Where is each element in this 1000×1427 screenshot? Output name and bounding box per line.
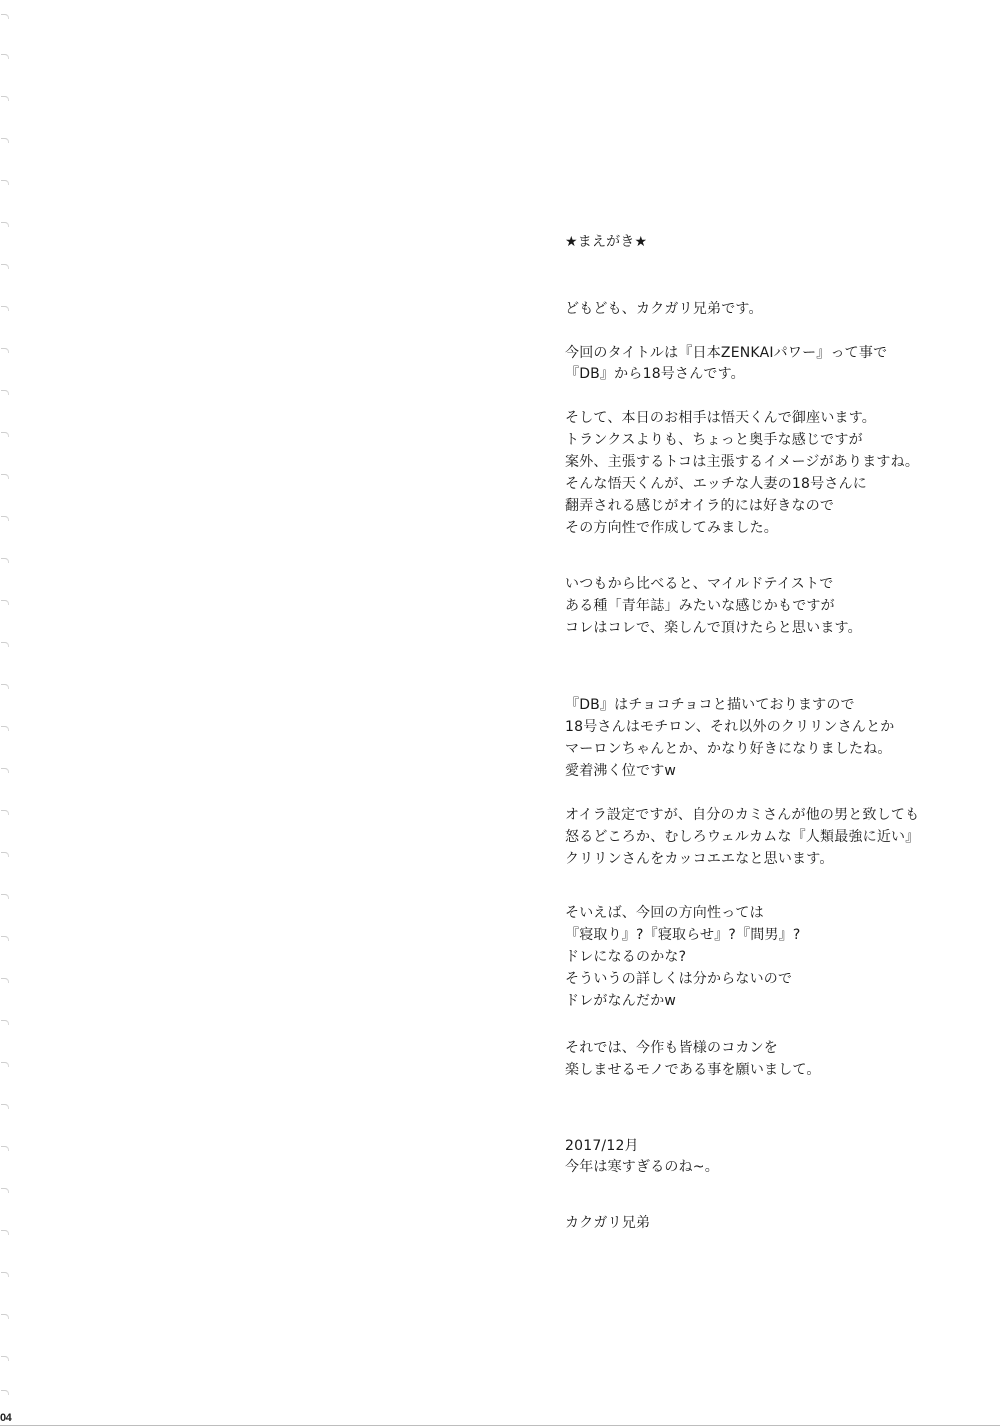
binding-mark [1, 54, 9, 59]
binding-mark [1, 894, 9, 899]
binding-mark [1, 1314, 9, 1319]
text-line: 翻弄される感じがオイラ的には好きなので [565, 496, 834, 516]
binding-mark [1, 264, 9, 269]
text-line: 18号さんはモチロン、それ以外のクリリンさんとか [565, 717, 895, 737]
binding-mark [1, 1390, 9, 1395]
binding-mark [1, 390, 9, 395]
text-line: それでは、今作も皆様のコカンを [565, 1038, 778, 1058]
binding-mark [1, 222, 9, 227]
binding-mark [1, 1020, 9, 1025]
text-line: そいえば、今回の方向性っては [565, 903, 764, 923]
text-line: 『寝取り』?『寝取らせ』?『間男』? [565, 925, 800, 945]
text-line: 今回のタイトルは『日本ZENKAIパワー』って事で [565, 343, 887, 363]
author-signature: カクガリ兄弟 [565, 1213, 650, 1233]
binding-mark [1, 768, 9, 773]
binding-mark [1, 432, 9, 437]
binding-mark [1, 1230, 9, 1235]
text-line: そして、本日のお相手は悟天くんで御座います。 [565, 408, 876, 428]
binding-mark [1, 1146, 9, 1151]
binding-mark [1, 348, 9, 353]
binding-mark [1, 558, 9, 563]
date-line: 2017/12月 [565, 1136, 639, 1156]
page-number: 04 [0, 1412, 11, 1424]
text-line: ある種「青年誌」みたいな感じかもですが [565, 596, 835, 616]
binding-mark [1, 474, 9, 479]
binding-mark [1, 180, 9, 185]
text-line: 愛着沸く位ですw [565, 761, 676, 781]
text-line: そういうの詳しくは分からないので [565, 969, 792, 989]
text-line: ドレになるのかな? [565, 947, 686, 967]
bottom-rule [0, 1425, 1000, 1426]
text-line: ドレがなんだかw [565, 991, 676, 1011]
binding-mark [1, 306, 9, 311]
text-line: 今年は寒すぎるのね~。 [565, 1157, 719, 1177]
text-line: 楽しませるモノである事を願いまして。 [565, 1060, 821, 1080]
binding-mark [1, 1062, 9, 1067]
afterword-heading: ★まえがき★ [565, 232, 647, 252]
text-line: そんな悟天くんが、エッチな人妻の18号さんに [565, 474, 867, 494]
text-line: 『DB』はチョコチョコと描いておりますので [565, 695, 855, 715]
text-line: どもども、カクガリ兄弟です。 [565, 299, 763, 319]
binding-mark [1, 684, 9, 689]
binding-mark [1, 1356, 9, 1361]
binding-mark [1, 600, 9, 605]
binding-marks [0, 0, 14, 1400]
binding-mark [1, 1104, 9, 1109]
text-line: トランクスよりも、ちょっと奥手な感じですが [565, 430, 863, 450]
text-line: その方向性で作成してみました。 [565, 518, 778, 538]
binding-mark [1, 138, 9, 143]
binding-mark [1, 810, 9, 815]
binding-mark [1, 96, 9, 101]
binding-mark [1, 1272, 9, 1277]
binding-mark [1, 978, 9, 983]
text-line: 怒るどころか、むしろウェルカムな『人類最強に近い』 [565, 827, 919, 847]
binding-mark [1, 516, 9, 521]
text-line: オイラ設定ですが、自分のカミさんが他の男と致しても [565, 805, 919, 825]
document-page: ★まえがき★ どもども、カクガリ兄弟です。 今回のタイトルは『日本ZENKAIパ… [0, 0, 1000, 1427]
text-line: いつもから比べると、マイルドテイストで [565, 574, 833, 594]
text-line: 案外、主張するトコは主張するイメージがありますね。 [565, 452, 919, 472]
binding-mark [1, 1188, 9, 1193]
text-line: マーロンちゃんとか、かなり好きになりましたね。 [565, 739, 892, 759]
text-line: 『DB』から18号さんです。 [565, 364, 745, 384]
text-line: クリリンさんをカッコエエなと思います。 [565, 849, 834, 869]
binding-mark [1, 14, 9, 19]
text-line: コレはコレで、楽しんで頂けたらと思います。 [565, 618, 862, 638]
binding-mark [1, 726, 9, 731]
binding-mark [1, 642, 9, 647]
binding-mark [1, 936, 9, 941]
binding-mark [1, 852, 9, 857]
